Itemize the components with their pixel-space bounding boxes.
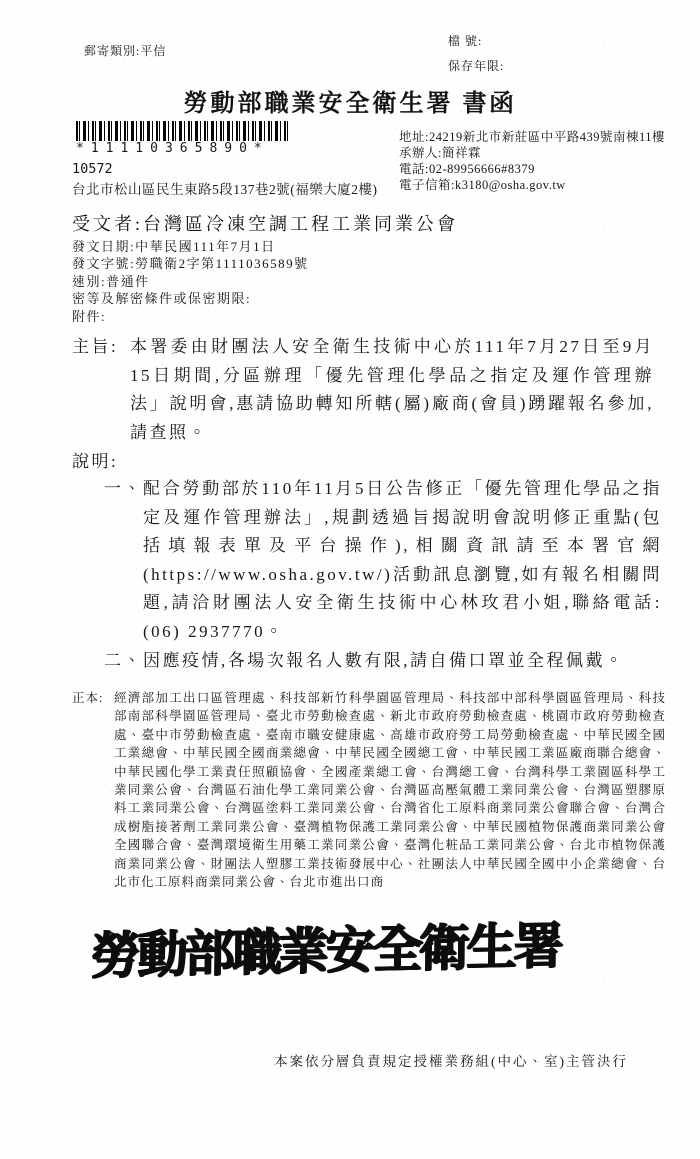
delegation-authority-note: 本案依分層負責規定授權業務組(中心、室)主管決行 bbox=[0, 1050, 628, 1070]
description-item-2: 二、 因應疫情,各場次報名人數有限,請自備口罩並全程佩戴。 bbox=[104, 647, 662, 676]
subject-text: 本署委由財團法人安全衛生技術中心於111年7月27日至9月15日期間,分區辦理「… bbox=[130, 333, 654, 447]
sender-address-value: 24219新北市新莊區中平路439號南棟11樓 bbox=[429, 130, 665, 144]
issue-date: 發文日期:中華民國111年7月1日 bbox=[72, 238, 309, 255]
official-letter-page: 郵寄類別:平信 檔 號: 保存年限: 勞動部職業安全衛生署 書函 *111103… bbox=[0, 0, 700, 1159]
security-classification: 密等及解密條件或保密期限: bbox=[72, 290, 309, 307]
subject-section: 主旨: 本署委由財團法人安全衛生技術中心於111年7月27日至9月15日期間,分… bbox=[72, 333, 654, 447]
sender-address: 地址:24219新北市新莊區中平路439號南棟11樓 bbox=[399, 129, 687, 145]
sender-address-label: 地址: bbox=[399, 130, 429, 144]
original-copy-label: 正本: bbox=[72, 689, 114, 891]
description-item-1-text: 配合勞動部於110年11月5日公告修正「優先管理化學品之指定及運作管理辦法」,規… bbox=[143, 475, 662, 646]
description-item-1-number: 一、 bbox=[104, 475, 143, 646]
description-item-1: 一、 配合勞動部於110年11月5日公告修正「優先管理化學品之指定及運作管理辦法… bbox=[104, 475, 662, 646]
file-number-label: 檔 號: bbox=[448, 32, 482, 49]
description-item-2-text: 因應疫情,各場次報名人數有限,請自備口罩並全程佩戴。 bbox=[143, 647, 662, 676]
document-number: 發文字號:勞職衛2字第1111036589號 bbox=[72, 255, 309, 272]
document-meta-block: 發文日期:中華民國111年7月1日 發文字號:勞職衛2字第1111036589號… bbox=[72, 238, 309, 325]
retention-period-label: 保存年限: bbox=[448, 57, 504, 74]
barcode-image bbox=[76, 121, 289, 141]
email-address: 電子信箱:k3180@osha.gov.tw bbox=[399, 177, 687, 193]
description-item-2-number: 二、 bbox=[104, 647, 143, 676]
attachment-label: 附件: bbox=[72, 308, 309, 325]
agency-signature-stamp: 勞動部職業安全衛生署 bbox=[90, 905, 561, 988]
original-copy-recipients-list: 經濟部加工出口區管理處、科技部新竹科學園區管理局、科技部中部科學園區管理局、科技… bbox=[114, 689, 666, 891]
original-copy-recipients-section: 正本: 經濟部加工出口區管理處、科技部新竹科學園區管理局、科技部中部科學園區管理… bbox=[72, 689, 666, 891]
addressee-street-address: 台北市松山區民生東路5段137巷2號(福樂大廈2樓) bbox=[72, 178, 378, 198]
phone-number: 電話:02-89956666#8379 bbox=[399, 161, 687, 177]
sender-contact-block: 地址:24219新北市新莊區中平路439號南棟11樓 承辦人:簡祥霖 電話:02… bbox=[399, 129, 687, 193]
case-officer: 承辦人:簡祥霖 bbox=[399, 145, 687, 161]
barcode-text: *11110365890* bbox=[76, 141, 296, 156]
addressee-zip-code: 10572 bbox=[72, 161, 113, 177]
description-label: 說明: bbox=[72, 447, 118, 472]
document-title: 勞動部職業安全衛生署 書函 bbox=[0, 83, 700, 118]
recipient-line: 受文者:台灣區冷凍空調工程工業同業公會 bbox=[72, 210, 458, 236]
subject-label: 主旨: bbox=[72, 333, 130, 447]
priority-level: 速別:普通件 bbox=[72, 273, 309, 290]
mail-type-label: 郵寄類別:平信 bbox=[84, 42, 166, 59]
